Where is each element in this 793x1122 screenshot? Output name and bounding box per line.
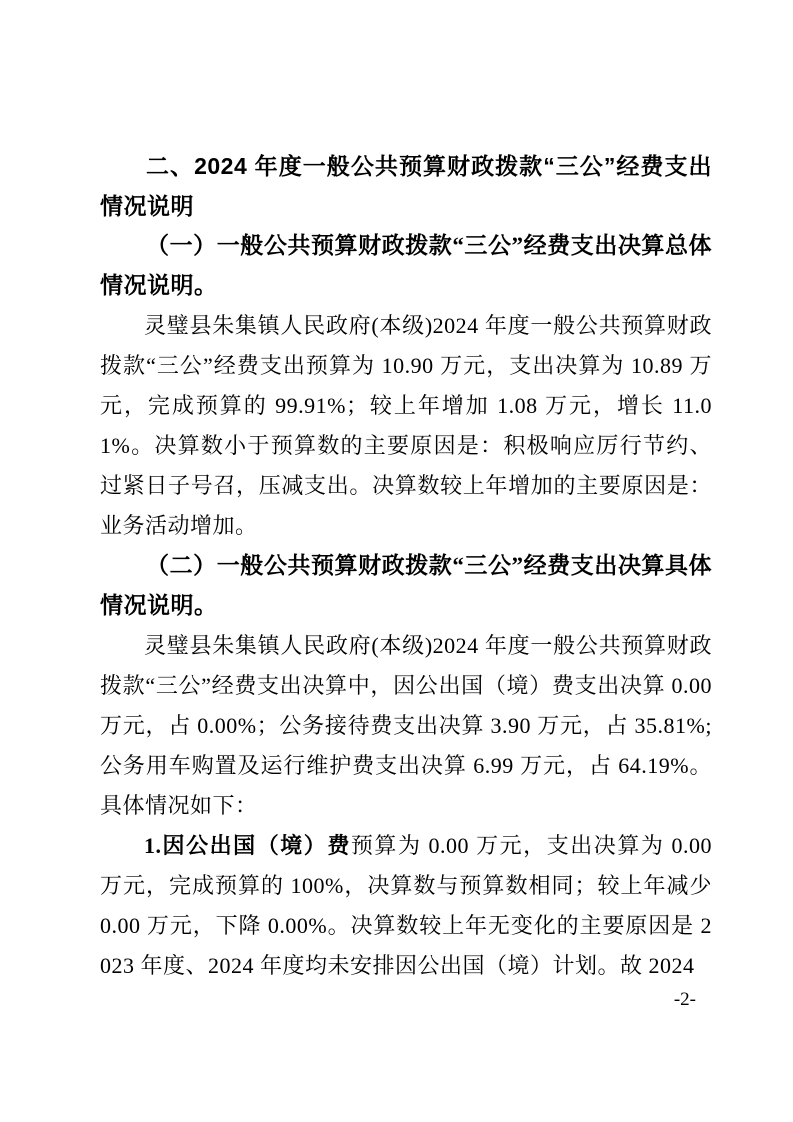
page-number: -2- [674, 988, 696, 1012]
section-heading: 二、2024 年度一般公共预算财政拨款“三公”经费支出情况说明 [100, 146, 712, 226]
subsection-heading-overall: （一）一般公共预算财政拨款“三公”经费支出决算总体情况说明。 [100, 226, 712, 306]
item1-title: 1.因公出国（境）费 [144, 833, 351, 858]
paragraph-overall-summary: 灵璧县朱集镇人民政府(本级)2024 年度一般公共预算财政拨款“三公”经费支出预… [100, 306, 712, 546]
paragraph-detail-breakdown: 灵璧县朱集镇人民政府(本级)2024 年度一般公共预算财政拨款“三公”经费支出决… [100, 626, 712, 826]
paragraph-item1-overseas-travel: 1.因公出国（境）费预算为 0.00 万元，支出决算为 0.00 万元，完成预算… [100, 826, 712, 986]
subsection-heading-detail: （二）一般公共预算财政拨款“三公”经费支出决算具体情况说明。 [100, 546, 712, 626]
document-page: 二、2024 年度一般公共预算财政拨款“三公”经费支出情况说明 （一）一般公共预… [0, 0, 793, 1122]
document-body: 二、2024 年度一般公共预算财政拨款“三公”经费支出情况说明 （一）一般公共预… [100, 146, 712, 986]
